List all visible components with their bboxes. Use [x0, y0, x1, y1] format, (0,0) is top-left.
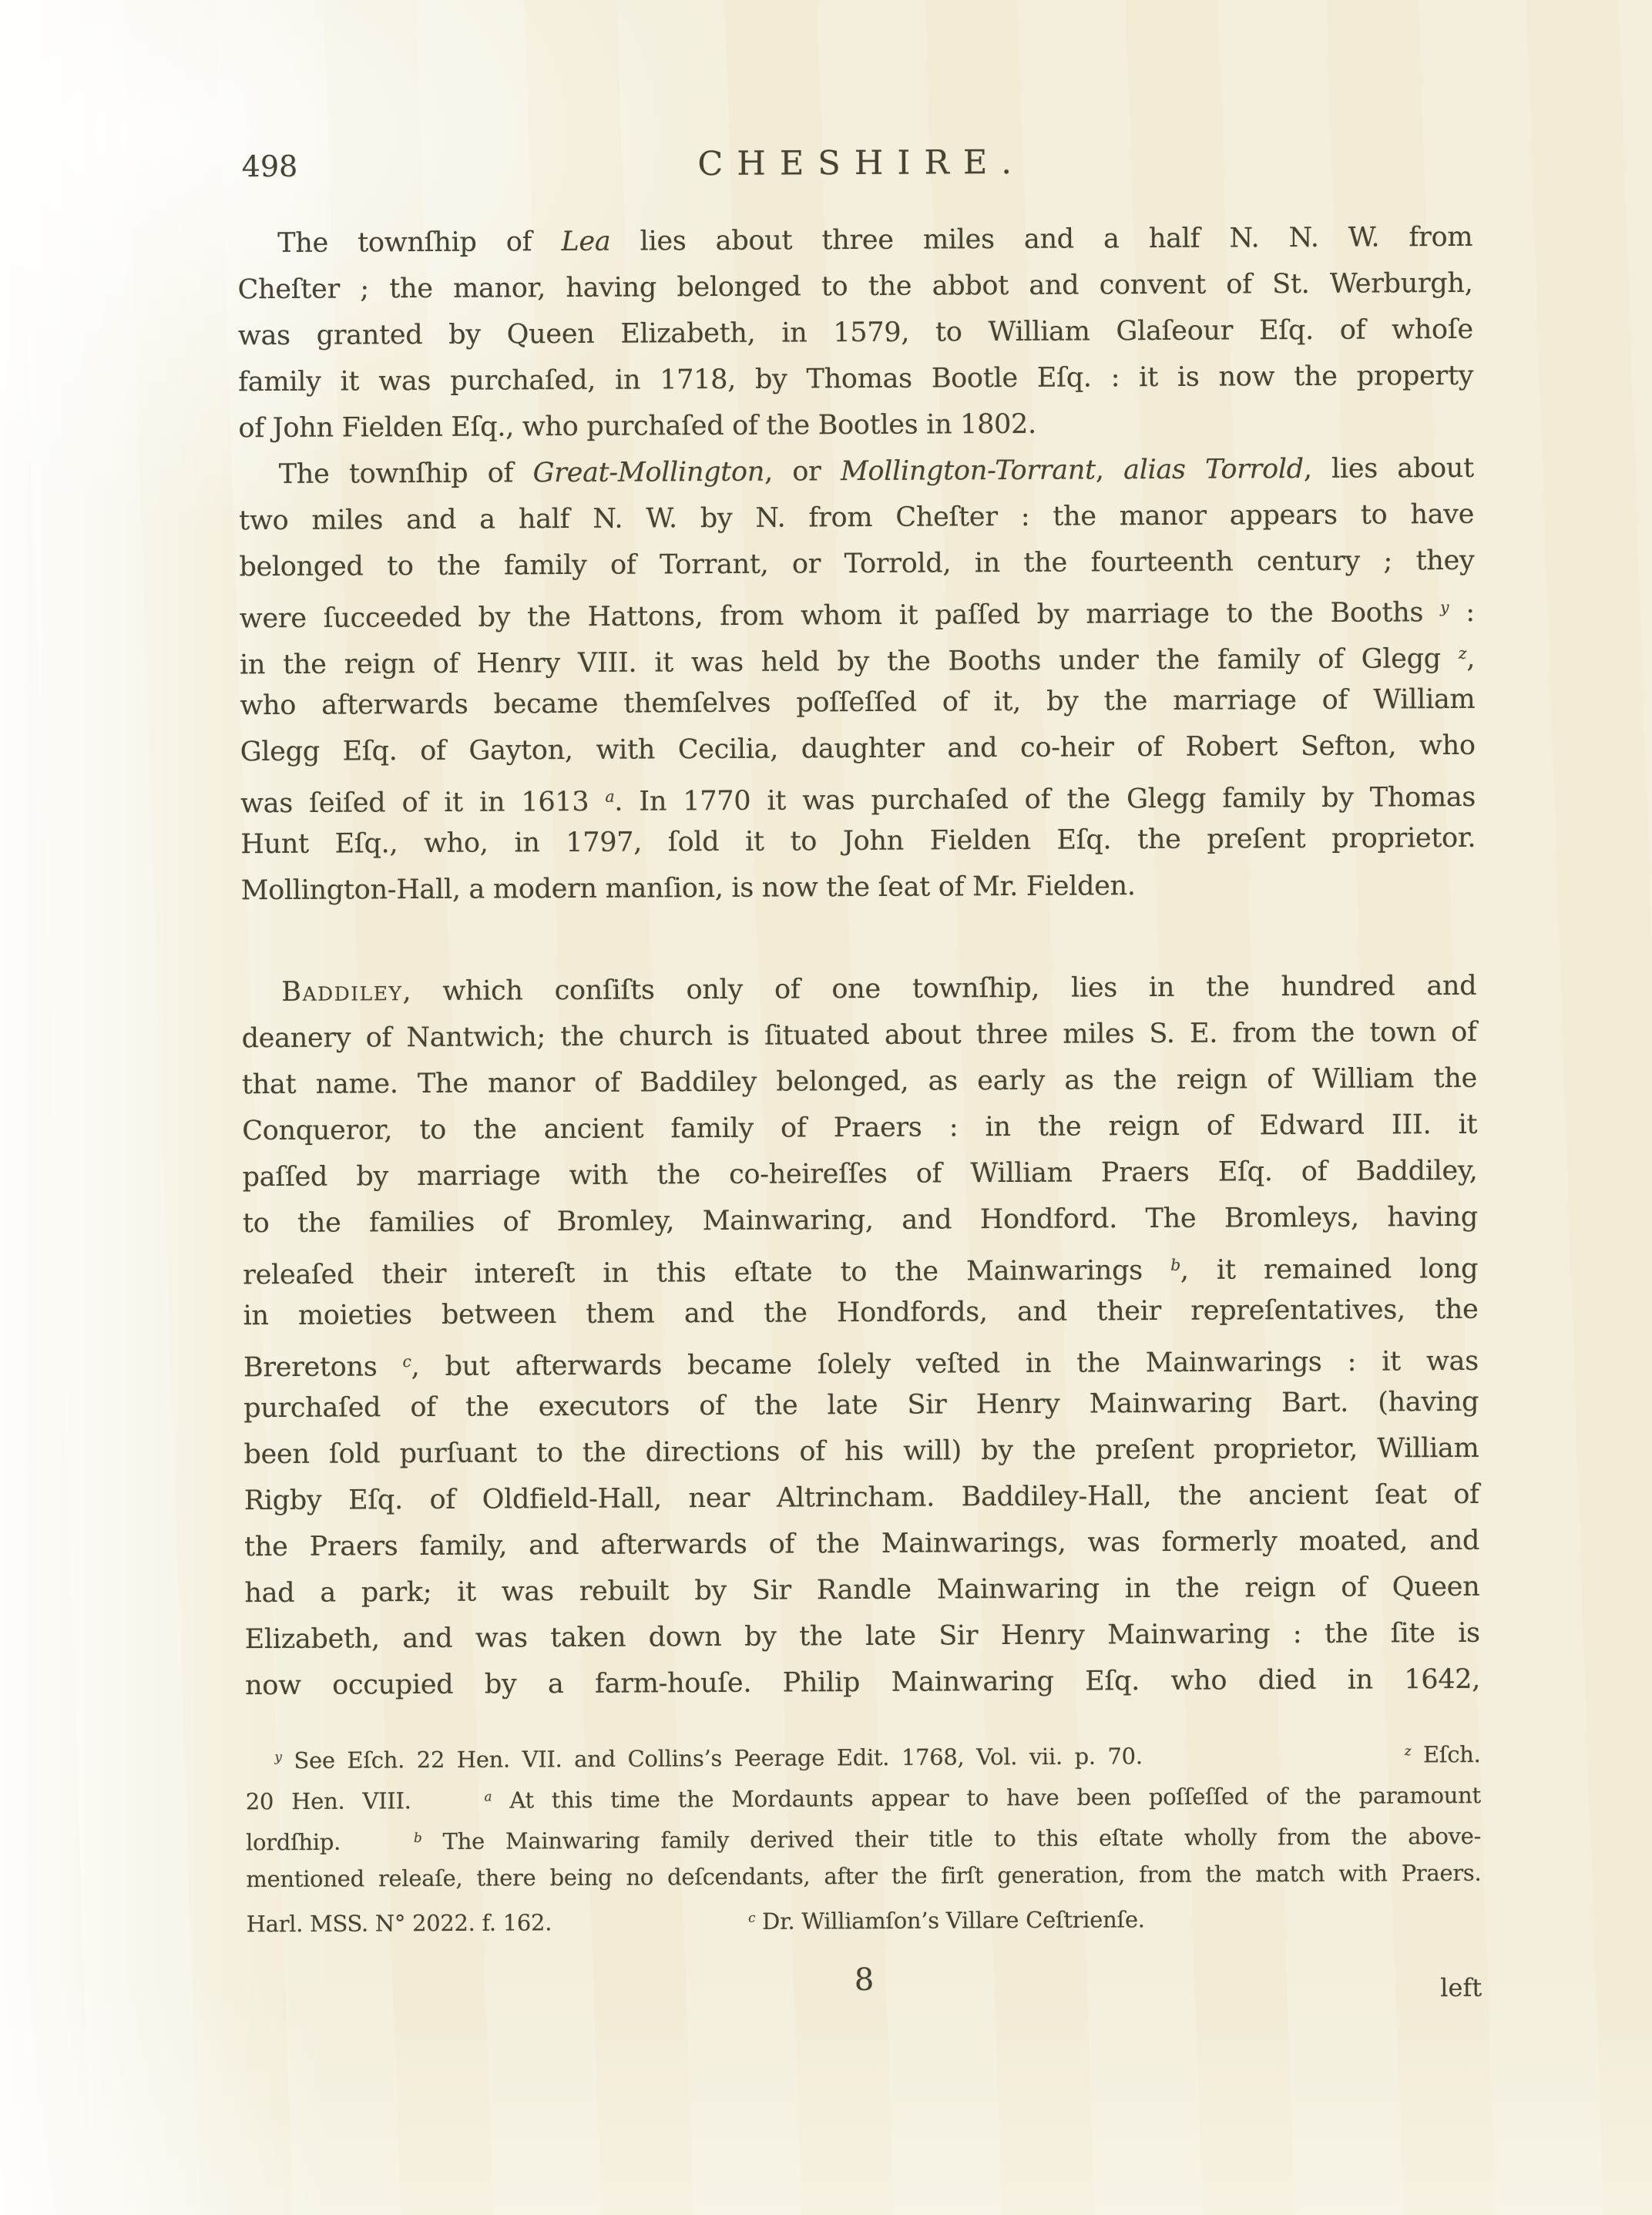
text-run: mentioned releaſe, there being no deſcen…	[246, 1860, 1481, 1892]
text-run: was granted by Queen Elizabeth, in 1579,…	[238, 314, 1473, 351]
text-run: Glegg Eſq. of Gayton, with Cecilia, daug…	[240, 730, 1476, 767]
text-run: lies about three miles and a half N. N. …	[610, 222, 1472, 257]
text-run: , it remained long	[1180, 1253, 1479, 1286]
text-run: alias Torrold	[1123, 454, 1304, 485]
running-title: CHESHIRE.	[237, 139, 1472, 188]
footnote-gap	[552, 1928, 748, 1930]
text-line: in moieties between them and the Hondfor…	[243, 1287, 1478, 1339]
page-scan-content: 498 CHESHIRE. The townſhip of Lea lies a…	[237, 139, 1482, 2010]
document-page: 498 CHESHIRE. The townſhip of Lea lies a…	[0, 0, 1652, 2215]
text-line: the Praers family, and afterwards of the…	[244, 1518, 1479, 1570]
text-run: Dr. Williamſon’s Villare Ceſtrienſe.	[755, 1906, 1145, 1935]
text-run: purchaſed of the executors of the late S…	[243, 1387, 1479, 1424]
text-line: been ſold purſuant to the directions of …	[243, 1425, 1479, 1478]
text-run: Mollington-Hall, a modern manſion, is no…	[241, 871, 1136, 906]
text-line: paſſed by marriage with the co-heireſſes…	[242, 1148, 1477, 1200]
catchword: left	[1440, 1968, 1482, 2007]
text-line: mentioned releaſe, there being no deſcen…	[246, 1853, 1481, 1900]
text-run: :	[1449, 597, 1475, 628]
text-line: deanery of Nantwich; the church is ſitua…	[241, 1009, 1476, 1062]
text-line: Hunt Eſq., who, in 1797, ſold it to John…	[240, 815, 1476, 868]
text-line: y See Eſch. 22 Hen. VII. and Collins’s P…	[245, 1730, 1480, 1777]
paragraph-baddiley: Baddiley, which conſiſts only of one tow…	[241, 963, 1480, 1709]
text-line: belonged to the family of Torrant, or To…	[239, 538, 1474, 590]
text-run: paſſed by marriage with the co-heireſſes…	[242, 1156, 1477, 1193]
text-line: had a park; it was rebuilt by Sir Randle…	[244, 1564, 1479, 1616]
text-run: ,	[1466, 643, 1475, 674]
text-line: Baddiley, which conſiſts only of one tow…	[241, 963, 1476, 1015]
text-run: The townſhip of	[279, 458, 533, 490]
text-line: purchaſed of the executors of the late S…	[243, 1379, 1479, 1431]
footnote-gap	[1143, 1761, 1405, 1764]
footnote-marker: z	[1405, 1743, 1412, 1758]
text-run: in the reign of Henry VIII. it was held …	[240, 643, 1459, 680]
footnote-marker: b	[414, 1830, 422, 1845]
text-line: to the families of Bromley, Mainwaring, …	[243, 1194, 1478, 1247]
text-run: had a park; it was rebuilt by Sir Randle…	[244, 1572, 1479, 1609]
paragraph-lea: The townſhip of Lea lies about three mil…	[237, 214, 1474, 451]
text-run: , lies about	[1304, 453, 1474, 485]
text-run: who afterwards became themſelves poſſeſſ…	[240, 684, 1475, 721]
text-run: The townſhip of	[277, 227, 561, 259]
text-run: Rigby Eſq. of Oldfield-Hall, near Altrin…	[244, 1479, 1479, 1516]
text-line: releaſed their intereſt in this eſtate t…	[243, 1240, 1478, 1293]
text-run: Conqueror, to the ancient family of Prae…	[242, 1109, 1477, 1146]
text-run: Breretons	[243, 1351, 403, 1383]
text-line: Conqueror, to the ancient family of Prae…	[242, 1102, 1477, 1154]
text-run: ,	[1096, 455, 1123, 485]
paragraph-great-mollington: The townſhip of Great-Mollington, or Mol…	[239, 445, 1476, 914]
text-run: See Eſch. 22 Hen. VII. and Collins’s Pee…	[282, 1743, 1143, 1774]
text-run: was ſeiſed of it in 1613	[240, 787, 606, 819]
footnotes: y See Eſch. 22 Hen. VII. and Collins’s P…	[245, 1730, 1481, 1941]
text-run: deanery of Nantwich; the church is ſitua…	[242, 1017, 1477, 1054]
text-line: Cheſter ; the manor, having belonged to …	[237, 260, 1472, 313]
text-line: two miles and a half N. W. by N. from Ch…	[239, 492, 1474, 544]
footnote-marker: z	[1459, 644, 1467, 663]
text-run: the Praers family, and afterwards of the…	[244, 1525, 1479, 1562]
footnote-marker: a	[484, 1789, 492, 1804]
text-line: in the reign of Henry VIII. it was held …	[240, 630, 1475, 683]
text-line: lordſhip.b The Mainwaring family derived…	[246, 1812, 1481, 1859]
text-line: Harl. MSS. N° 2022. f. 162.c Dr. William…	[246, 1894, 1481, 1941]
page-header: 498 CHESHIRE.	[237, 139, 1472, 188]
footnote-marker: c	[748, 1910, 755, 1925]
text-line: was granted by Queen Elizabeth, in 1579,…	[238, 307, 1473, 359]
footnote-marker: y	[1440, 598, 1449, 616]
text-line: were ſucceeded by the Hattons, from whom…	[240, 584, 1475, 636]
text-run: Harl. MSS. N° 2022. f. 162.	[247, 1909, 552, 1937]
text-line: Breretons c, but afterwards became ſolel…	[243, 1333, 1479, 1385]
text-run: Elizabeth, and was taken down by the lat…	[245, 1618, 1480, 1655]
text-line: Rigby Eſq. of Oldfield-Hall, near Altrin…	[244, 1472, 1479, 1524]
text-run: in moieties between them and the Hondfor…	[243, 1294, 1478, 1331]
text-run: At this time the Mordaunts appear to hav…	[492, 1782, 1481, 1814]
footnote-marker: b	[1170, 1256, 1180, 1274]
text-run: Lea	[561, 227, 610, 257]
text-line: 20 Hen. VIII.a At this time the Mordaunt…	[246, 1771, 1481, 1818]
text-run: belonged to the family of Torrant, or To…	[239, 545, 1474, 582]
footnote-gap	[341, 1848, 414, 1849]
text-run: Great-Mollington	[532, 457, 764, 489]
text-line: that name. The manor of Baddiley belonge…	[242, 1055, 1477, 1108]
text-run: that name. The manor of Baddiley belonge…	[242, 1063, 1477, 1100]
text-line: now occupied by a farm-houſe. Philip Mai…	[245, 1656, 1480, 1709]
text-run: to the families of Bromley, Mainwaring, …	[243, 1202, 1478, 1239]
text-line: was ſeiſed of it in 1613 a. In 1770 it w…	[240, 769, 1476, 821]
text-run: Eſch.	[1411, 1741, 1480, 1767]
text-line: The townſhip of Great-Mollington, or Mol…	[239, 445, 1474, 498]
text-run: The Mainwaring family derived their titl…	[421, 1823, 1481, 1854]
text-run: family it was purchaſed, in 1718, by Tho…	[238, 361, 1473, 398]
text-run: two miles and a half N. W. by N. from Ch…	[239, 499, 1474, 536]
signature-mark: 8	[247, 1958, 1482, 2002]
page-bottom: 8 left	[247, 1958, 1482, 2010]
text-run: Hunt Eſq., who, in 1797, ſold it to John…	[240, 823, 1476, 860]
text-run: Cheſter ; the manor, having belonged to …	[237, 268, 1472, 305]
footnote-marker: y	[274, 1749, 281, 1764]
text-line: of John Fielden Eſq., who purchaſed of t…	[238, 399, 1473, 451]
footnote-gap	[411, 1807, 485, 1808]
text-run: been ſold purſuant to the directions of …	[243, 1433, 1479, 1470]
text-run: 20 Hen. VIII.	[246, 1787, 411, 1814]
text-run: , or	[764, 456, 841, 488]
text-line: Glegg Eſq. of Gayton, with Cecilia, daug…	[240, 723, 1476, 775]
text-run: Baddiley	[281, 976, 402, 1008]
text-line: family it was purchaſed, in 1718, by Tho…	[238, 353, 1473, 405]
text-run: lordſhip.	[246, 1829, 341, 1856]
text-line: Elizabeth, and was taken down by the lat…	[245, 1610, 1480, 1663]
footnote-marker: a	[605, 787, 614, 806]
text-run: Mollington-Torrant	[841, 455, 1096, 487]
footnote-marker: c	[402, 1352, 411, 1371]
text-line: Mollington-Hall, a modern manſion, is no…	[240, 861, 1476, 914]
text-run: were ſucceeded by the Hattons, from whom…	[240, 597, 1441, 634]
text-run: releaſed their intereſt in this eſtate t…	[243, 1255, 1170, 1290]
text-run: now occupied by a farm-houſe. Philip Mai…	[245, 1664, 1480, 1701]
text-line: who afterwards became themſelves poſſeſſ…	[240, 676, 1475, 729]
text-run: , which conſiſts only of one townſhip, l…	[402, 971, 1476, 1007]
text-run: of John Fielden Eſq., who purchaſed of t…	[238, 409, 1036, 444]
text-run: . In 1770 it was purchaſed of the Glegg …	[614, 782, 1476, 817]
text-run: , but afterwards became ſolely veſted in…	[411, 1346, 1478, 1382]
text-line: The townſhip of Lea lies about three mil…	[237, 214, 1472, 267]
